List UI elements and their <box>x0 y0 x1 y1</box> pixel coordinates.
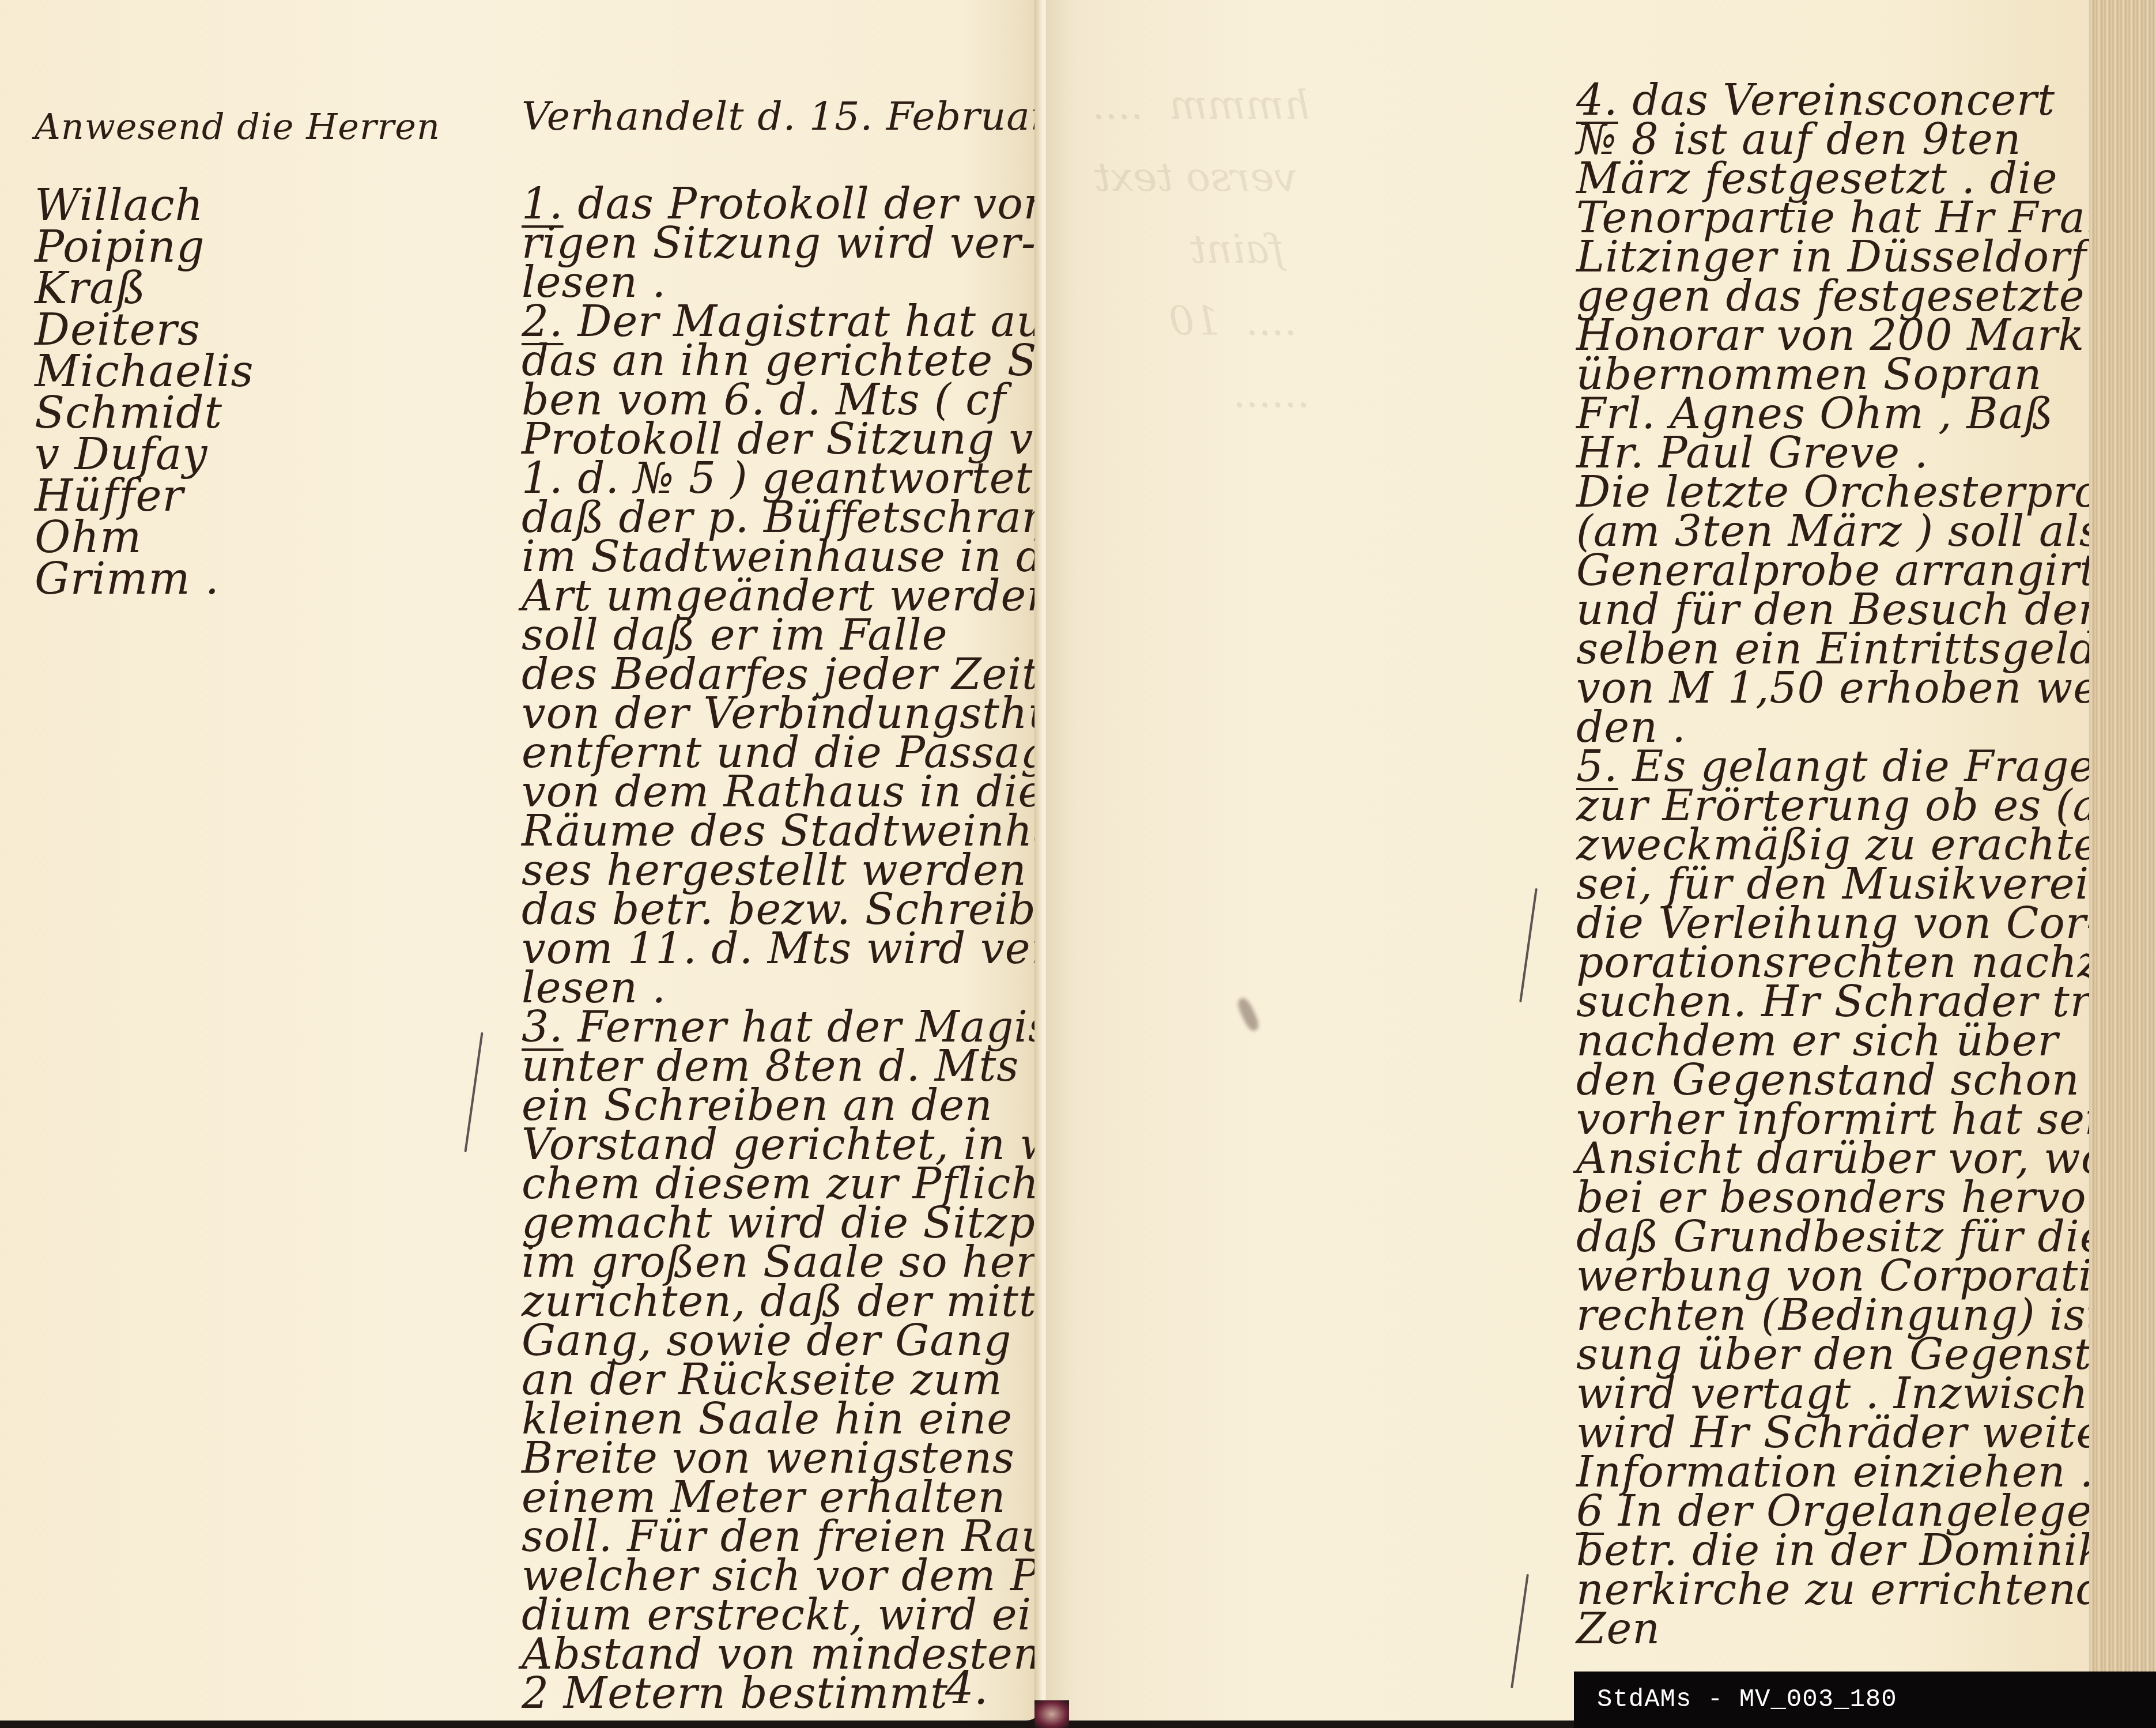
minutes-line: bei er besonders hervorhebt <box>1576 1178 2156 1217</box>
minutes-line: nerkirche zu errichtende <box>1576 1570 2156 1609</box>
attendee-name: Deiters <box>35 309 440 350</box>
margin-mark <box>1511 1574 1529 1689</box>
attendees-heading: Anwesend die Herren <box>35 92 440 184</box>
bleed-through-text: hmmm .... verso text faint .... 10 .....… <box>1092 69 1335 429</box>
minutes-line: die Verleihung von Cor- <box>1576 904 2156 943</box>
minutes-line: selben ein Eintrittsgeld <box>1576 629 2156 669</box>
minutes-line: sei, für den Musikverein <box>1576 865 2156 904</box>
minutes-line: vorher informirt hat seine <box>1576 1100 2156 1139</box>
minutes-line: Die letzte Orchesterprobe <box>1576 473 2156 512</box>
minutes-line: zur Erörterung ob es (als) <box>1576 786 2156 825</box>
attendees-list: Anwesend die Herren Willach Poiping Kraß… <box>35 92 440 599</box>
open-book-scan: Anwesend die Herren Willach Poiping Kraß… <box>0 0 2156 1728</box>
attendee-name: v Dufay <box>35 433 440 475</box>
minutes-line: Honorar von 200 Mark <box>1576 316 2156 355</box>
minutes-line: daß Grundbesitz für die Er- <box>1576 1217 2156 1257</box>
attendee-name: Hüffer <box>35 475 440 516</box>
spine-bottom <box>1034 1700 1069 1728</box>
minutes-line: Zen <box>1576 1609 2156 1648</box>
minutes-line: wird Hr Schräder weitere <box>1576 1413 2156 1452</box>
attendee-name: Ohm <box>35 516 440 558</box>
minutes-line: zweckmäßig zu erachten <box>1576 825 2156 865</box>
minutes-line: von M 1,50 erhoben wer- <box>1576 669 2156 708</box>
minutes-line: Hr. Paul Greve . <box>1576 433 2156 473</box>
page-number: 4. <box>945 1663 988 1715</box>
minutes-line: suchen. Hr Schrader trägt <box>1576 982 2156 1021</box>
right-page: hmmm .... verso text faint .... 10 .....… <box>1046 0 2089 1721</box>
minutes-line: wird vertagt . Inzwischen <box>1576 1374 2156 1413</box>
minutes-line: rechten (Bedingung) ist. Die Beschlußfas… <box>1576 1296 2156 1335</box>
minutes-right-column: 4. das Vereinsconcert № 8 ist auf den 9t… <box>1576 81 2156 1648</box>
page-edges <box>2089 0 2156 1706</box>
minutes-line: den Gegenstand schon <box>1576 1061 2156 1100</box>
line-text: 2 Metern bestimmt <box>522 1669 948 1718</box>
minutes-line: Information einziehen . <box>1576 1452 2156 1492</box>
minutes-line: März festgesetzt . die <box>1576 159 2156 198</box>
minutes-line: Litzinger in Düsseldorf <box>1576 237 2156 277</box>
minutes-line: betr. die in der Dominika- <box>1576 1531 2156 1570</box>
minutes-line: werbung von Corporations- <box>1576 1257 2156 1296</box>
minutes-line: Generalprobe arrangirt <box>1576 551 2156 590</box>
attendee-name: Grimm . <box>35 558 440 599</box>
minutes-line: Tenorpartie hat Hr Franz <box>1576 198 2156 237</box>
minutes-line: gegen das festgesetzte <box>1576 277 2156 316</box>
ink-smudge <box>1235 996 1261 1033</box>
minutes-line: 4. das Vereinsconcert <box>1576 81 2156 120</box>
line-text: Zen <box>1576 1604 1660 1654</box>
minutes-line: 5. Es gelangt die Frage <box>1576 747 2156 786</box>
minutes-line: sung über den Gegenstand <box>1576 1335 2156 1374</box>
minutes-lines: 4. das Vereinsconcert № 8 ist auf den 9t… <box>1576 81 2156 1648</box>
minutes-line: porationsrechten nachzu- <box>1576 943 2156 982</box>
attendee-name: Poiping <box>35 226 440 267</box>
attendee-name: Kraß <box>35 267 440 309</box>
minutes-line: nachdem er sich über <box>1576 1021 2156 1061</box>
attendee-name: Michaelis <box>35 350 440 392</box>
minutes-line: den . <box>1576 708 2156 747</box>
minutes-line: Frl. Agnes Ohm , Baß <box>1576 394 2156 433</box>
margin-mark <box>1519 888 1538 1003</box>
minutes-line: Ansicht darüber vor, wo- <box>1576 1139 2156 1178</box>
minutes-line: und für den Besuch der- <box>1576 590 2156 629</box>
minutes-line: übernommen Sopran <box>1576 355 2156 394</box>
minutes-line: 6 In der Orgelangelegenheit <box>1576 1492 2156 1531</box>
archive-label: StdAMs - MV_003_180 <box>1574 1672 2156 1728</box>
attendee-name: Schmidt <box>35 392 440 433</box>
minutes-line: (am 3ten März ) soll als <box>1576 512 2156 551</box>
minutes-line: № 8 ist auf den 9ten <box>1576 120 2156 159</box>
left-page: Anwesend die Herren Willach Poiping Kraß… <box>0 0 1043 1721</box>
margin-mark <box>464 1032 483 1153</box>
attendee-name: Willach <box>35 184 440 226</box>
